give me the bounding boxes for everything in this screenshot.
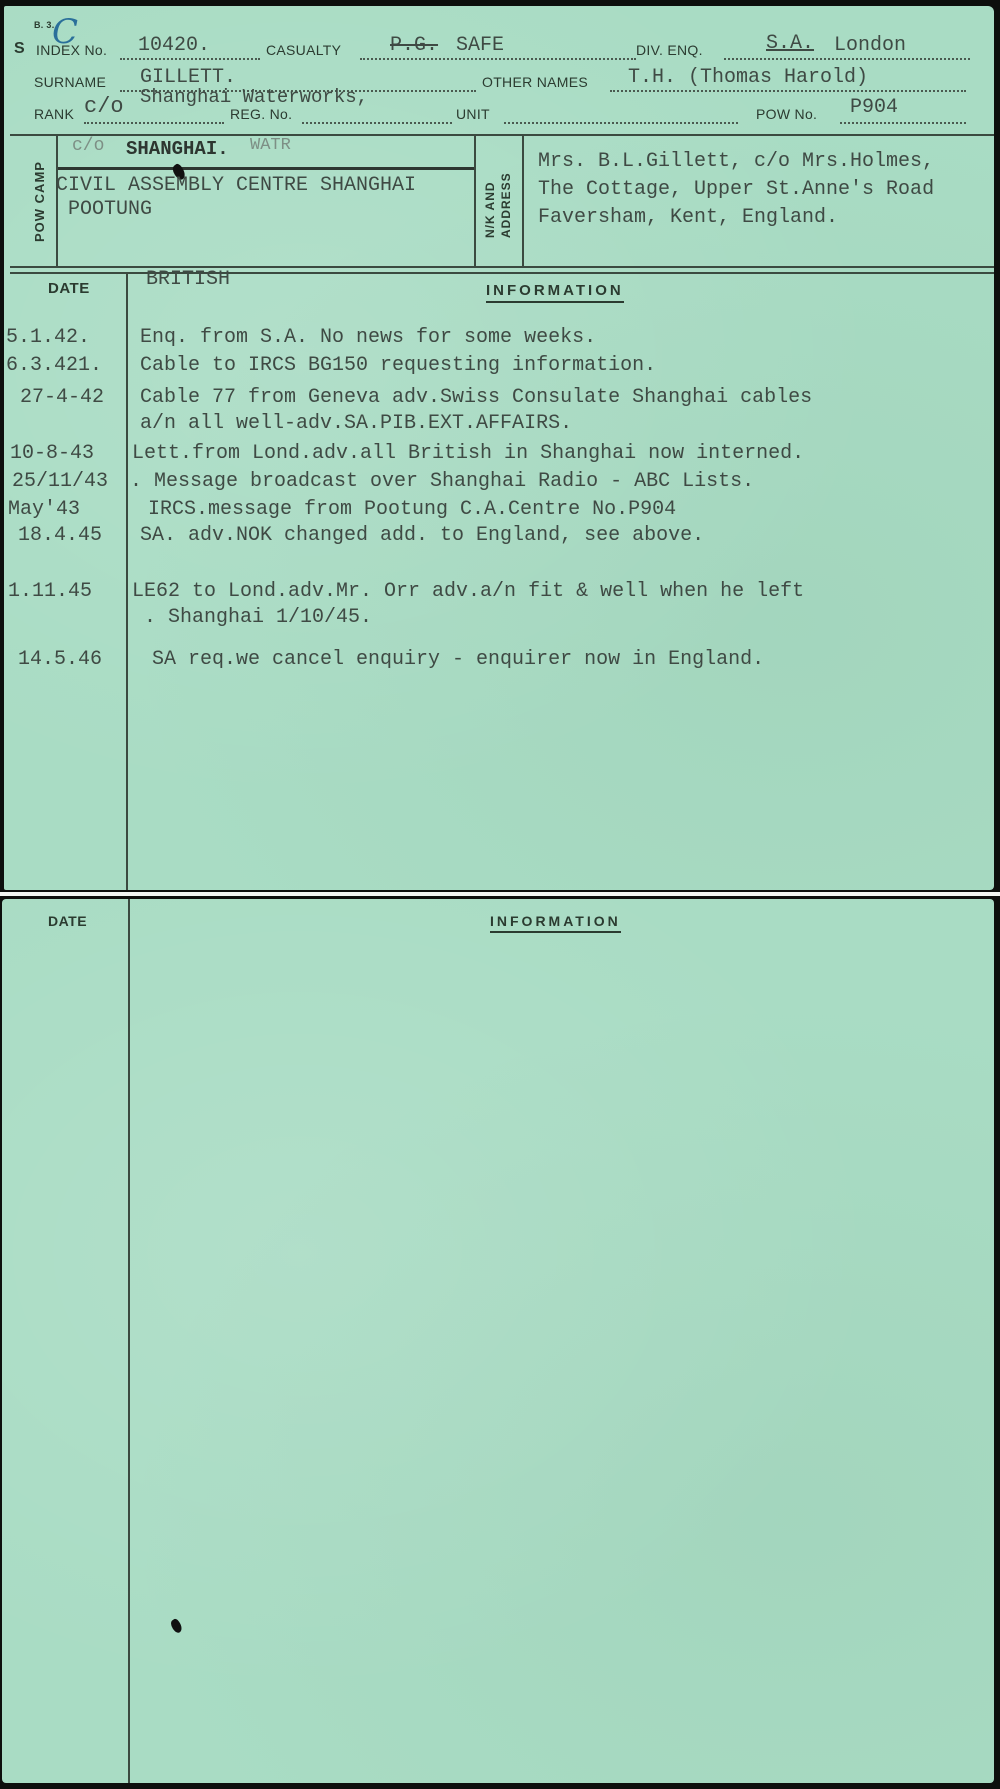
prefix-mark: S bbox=[14, 40, 25, 58]
div-enq-label: DIV. ENQ. bbox=[636, 42, 703, 58]
div-enq-underlined: S.A. bbox=[766, 32, 814, 55]
div-enq-value: London bbox=[834, 34, 906, 57]
entry-text: Enq. from S.A. No news for some weeks. bbox=[140, 326, 596, 349]
nk-left-divider bbox=[474, 134, 476, 266]
entry-text: Cable 77 from Geneva adv.Swiss Consulate… bbox=[140, 386, 812, 409]
pow-no-value: P904 bbox=[850, 96, 898, 119]
box-top-rule bbox=[10, 134, 994, 136]
date-column-divider bbox=[128, 899, 130, 1783]
reg-no-label: REG. No. bbox=[230, 106, 292, 122]
entry-date: 27-4-42 bbox=[20, 386, 104, 409]
other-names-label: OTHER NAMES bbox=[482, 74, 588, 90]
pow-camp-divider bbox=[56, 134, 58, 266]
entry-text: SA. adv.NOK changed add. to England, see… bbox=[140, 524, 704, 547]
index-card-front: B. 3. C S INDEX No. 10420. CASUALTY P.G.… bbox=[4, 6, 994, 890]
nk-address-line: Mrs. B.L.Gillett, c/o Mrs.Holmes, bbox=[538, 148, 934, 176]
entry-text: IRCS.message from Pootung C.A.Centre No.… bbox=[148, 498, 676, 521]
entry-text: Cable to IRCS BG150 requesting informati… bbox=[140, 354, 656, 377]
entry-text: LE62 to Lond.adv.Mr. Orr adv.a/n fit & w… bbox=[132, 580, 804, 603]
date-heading: DATE bbox=[48, 913, 87, 929]
entry-text: Lett.from Lond.adv.all British in Shangh… bbox=[132, 442, 804, 465]
casualty-label: CASUALTY bbox=[266, 42, 341, 58]
nk-address-block: Mrs. B.L.Gillett, c/o Mrs.Holmes, The Co… bbox=[538, 148, 934, 232]
reg-no-dotted-line bbox=[302, 122, 452, 124]
pow-no-dotted-line bbox=[840, 122, 966, 124]
entry-text: . Shanghai 1/10/45. bbox=[144, 606, 372, 629]
unit-dotted-line bbox=[504, 122, 738, 124]
entry-date: 25/11/43 bbox=[12, 470, 108, 493]
pow-camp-underline bbox=[58, 167, 474, 170]
information-heading: INFORMATION bbox=[486, 282, 624, 303]
casualty-dotted-line bbox=[360, 58, 636, 60]
other-names-value: T.H. (Thomas Harold) bbox=[628, 66, 868, 89]
casualty-value: SAFE bbox=[456, 34, 504, 57]
pow-camp-line2: CIVIL ASSEMBLY CENTRE SHANGHAI bbox=[56, 174, 416, 197]
div-enq-dotted-line bbox=[724, 58, 970, 60]
rank-dotted-line bbox=[84, 122, 224, 124]
pow-camp-line1: SHANGHAI. bbox=[126, 138, 229, 160]
entry-date: 14.5.46 bbox=[18, 648, 102, 671]
index-card-back: DATE INFORMATION bbox=[2, 899, 994, 1783]
rank-value: c/o bbox=[84, 94, 124, 119]
nk-label-line2: ADDRESS bbox=[499, 172, 513, 238]
entry-date: May'43 bbox=[8, 498, 80, 521]
other-names-dotted-line bbox=[610, 90, 966, 92]
nationality: BRITISH bbox=[146, 268, 230, 291]
entry-date: 18.4.45 bbox=[18, 524, 102, 547]
surname-label: SURNAME bbox=[34, 74, 106, 90]
entry-date: 5.1.42. bbox=[6, 326, 90, 349]
date-column-divider bbox=[126, 272, 128, 890]
nk-right-divider bbox=[522, 134, 524, 266]
casualty-struck-value: P.G. bbox=[390, 34, 438, 57]
ink-blot bbox=[169, 1618, 184, 1635]
unit-label: UNIT bbox=[456, 106, 490, 122]
date-heading: DATE bbox=[48, 280, 90, 297]
pow-camp-faint: WATR bbox=[250, 136, 291, 155]
entry-date: 1.11.45 bbox=[8, 580, 92, 603]
index-label: INDEX No. bbox=[36, 42, 107, 58]
entry-text: . Message broadcast over Shanghai Radio … bbox=[130, 470, 754, 493]
pow-camp-label: POW CAMP bbox=[32, 161, 47, 242]
entry-text: a/n all well-adv.SA.PIB.EXT.AFFAIRS. bbox=[140, 412, 572, 435]
index-dotted-line bbox=[120, 58, 260, 60]
pow-camp-line3: POOTUNG bbox=[68, 198, 152, 221]
entry-date: 10-8-43 bbox=[10, 442, 94, 465]
nk-label-line1: N/K AND bbox=[483, 181, 497, 238]
nk-address-line: Faversham, Kent, England. bbox=[538, 204, 934, 232]
information-heading: INFORMATION bbox=[490, 913, 621, 933]
index-value: 10420. bbox=[138, 34, 210, 57]
rank-employer: Shanghai Waterworks, bbox=[140, 86, 368, 108]
pow-no-label: POW No. bbox=[756, 106, 817, 122]
pow-camp-prefix: c/o bbox=[72, 136, 104, 156]
entry-text: SA req.we cancel enquiry - enquirer now … bbox=[152, 648, 764, 671]
entry-date: 6.3.421. bbox=[6, 354, 102, 377]
nk-address-line: The Cottage, Upper St.Anne's Road bbox=[538, 176, 934, 204]
card-separator bbox=[0, 892, 1000, 896]
rank-label: RANK bbox=[34, 106, 74, 122]
